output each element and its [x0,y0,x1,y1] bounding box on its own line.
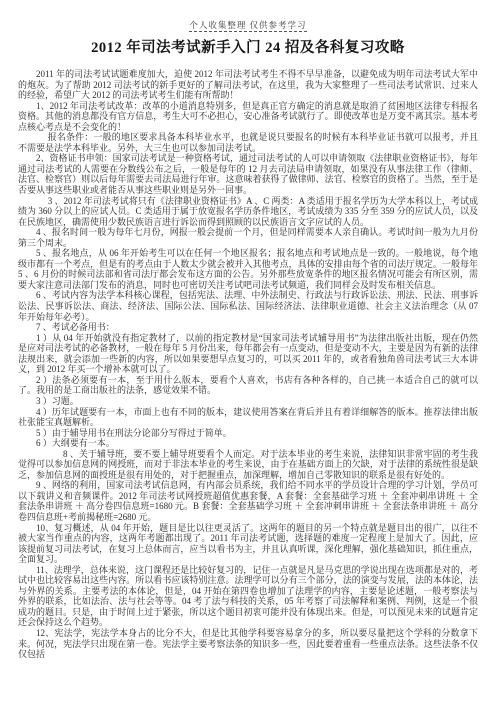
document-page: 个人收集整理 仅供参考学习 2012 年司法考试新手入门 24 招及各科复习攻略… [0,0,496,702]
paragraph-item-11: 11、法理学，总体来说，这门课程还是比较好复习的，记住一点就是凡是马克思的学说出… [18,565,478,628]
paragraph-item-7-book-2: 2 ）法条必须要有一本，至于用什么版本，要看个人喜欢，书店有各种各样的，自己挑一… [18,375,478,396]
paragraph-item-7-book-5: 5 ）由于辅导用书在刑法分论部分写得过于简单。 [18,428,478,439]
paragraph-item-8: 8 、关于辅导班，要不要上辅导班要看个人而定。对于法本毕业的考生来说，法律知识非… [18,449,478,481]
paragraph-item-6: 6 、考试内容为法学本科核心课程，包括宪法、法理、中外法制史、行政法与行政诉讼法… [18,290,478,322]
paragraph-intro: 2011 年的司法考试试题难度加大，迫使 2012 年司法考试考生不得不早早准备… [18,69,478,101]
paragraph-item-10: 10、复习概述，从 04 年开始，题目是比以往更灵活了。这两年的题目的另一个特点… [18,523,478,565]
header-note: 个人收集整理 仅供参考学习 [18,20,478,30]
paragraph-item-12: 12、宪法学，宪法学本身占的比分不大，但是比其他学科要容易拿分的多，所以要尽量把… [18,628,478,660]
paragraph-item-4: 4 、报名时间一般为每年七月份，网报一般会提前一个月，但是同样需要本人亲自确认。… [18,227,478,248]
header-note-text: 个人收集整理 仅供参考学习 [189,20,306,32]
paragraph-item-7: 7 、考试必备用书： [18,322,478,333]
paragraph-item-7-book-3: 3 ）习题。 [18,396,478,407]
paragraph-item-3: 3 、2012 年司法考试将只有《法律职业资格证书》A 、C 两类：A 类适用于… [18,196,478,228]
paragraph-item-5: 5 、报名地点，从 06 年开始考生可以在任何一个地区报名；报名地点和考试地点是… [18,248,478,290]
page-title: 2012 年司法考试新手入门 24 招及各科复习攻略 [18,39,478,57]
paragraph-item-1: 1、2012 年司法考试改革：改革的小道消息特别多，但是真正官方确定的消息就是取… [18,101,478,133]
paragraph-item-2: 2、资格证书申领：国家司法考试是一种资格考试，通过司法考试的人可以申请领取《法律… [18,153,478,195]
paragraph-item-7-book-6: 6 ）大纲要有一本。 [18,438,478,449]
paragraph-signup-conditions: 报名条件：一般的地区要求具备本科毕业水平，也就是说只要报名的时候有本科毕业证书就… [18,132,478,153]
paragraph-item-9: 9 、网络的利用，国家司法考试信息网，有内部会员系统，我们给不同水平的学员设计合… [18,480,478,522]
paragraph-item-7-book-4: 4 ）历年试题要有一本，市面上也有不同的版本，建议使用答案在背后并且有着详细解答… [18,407,478,428]
paragraph-item-7-book-1: 1 ）从 04 年开始就没有指定教材了，以前的指定教材是“国家司法考试辅导用书”… [18,333,478,375]
